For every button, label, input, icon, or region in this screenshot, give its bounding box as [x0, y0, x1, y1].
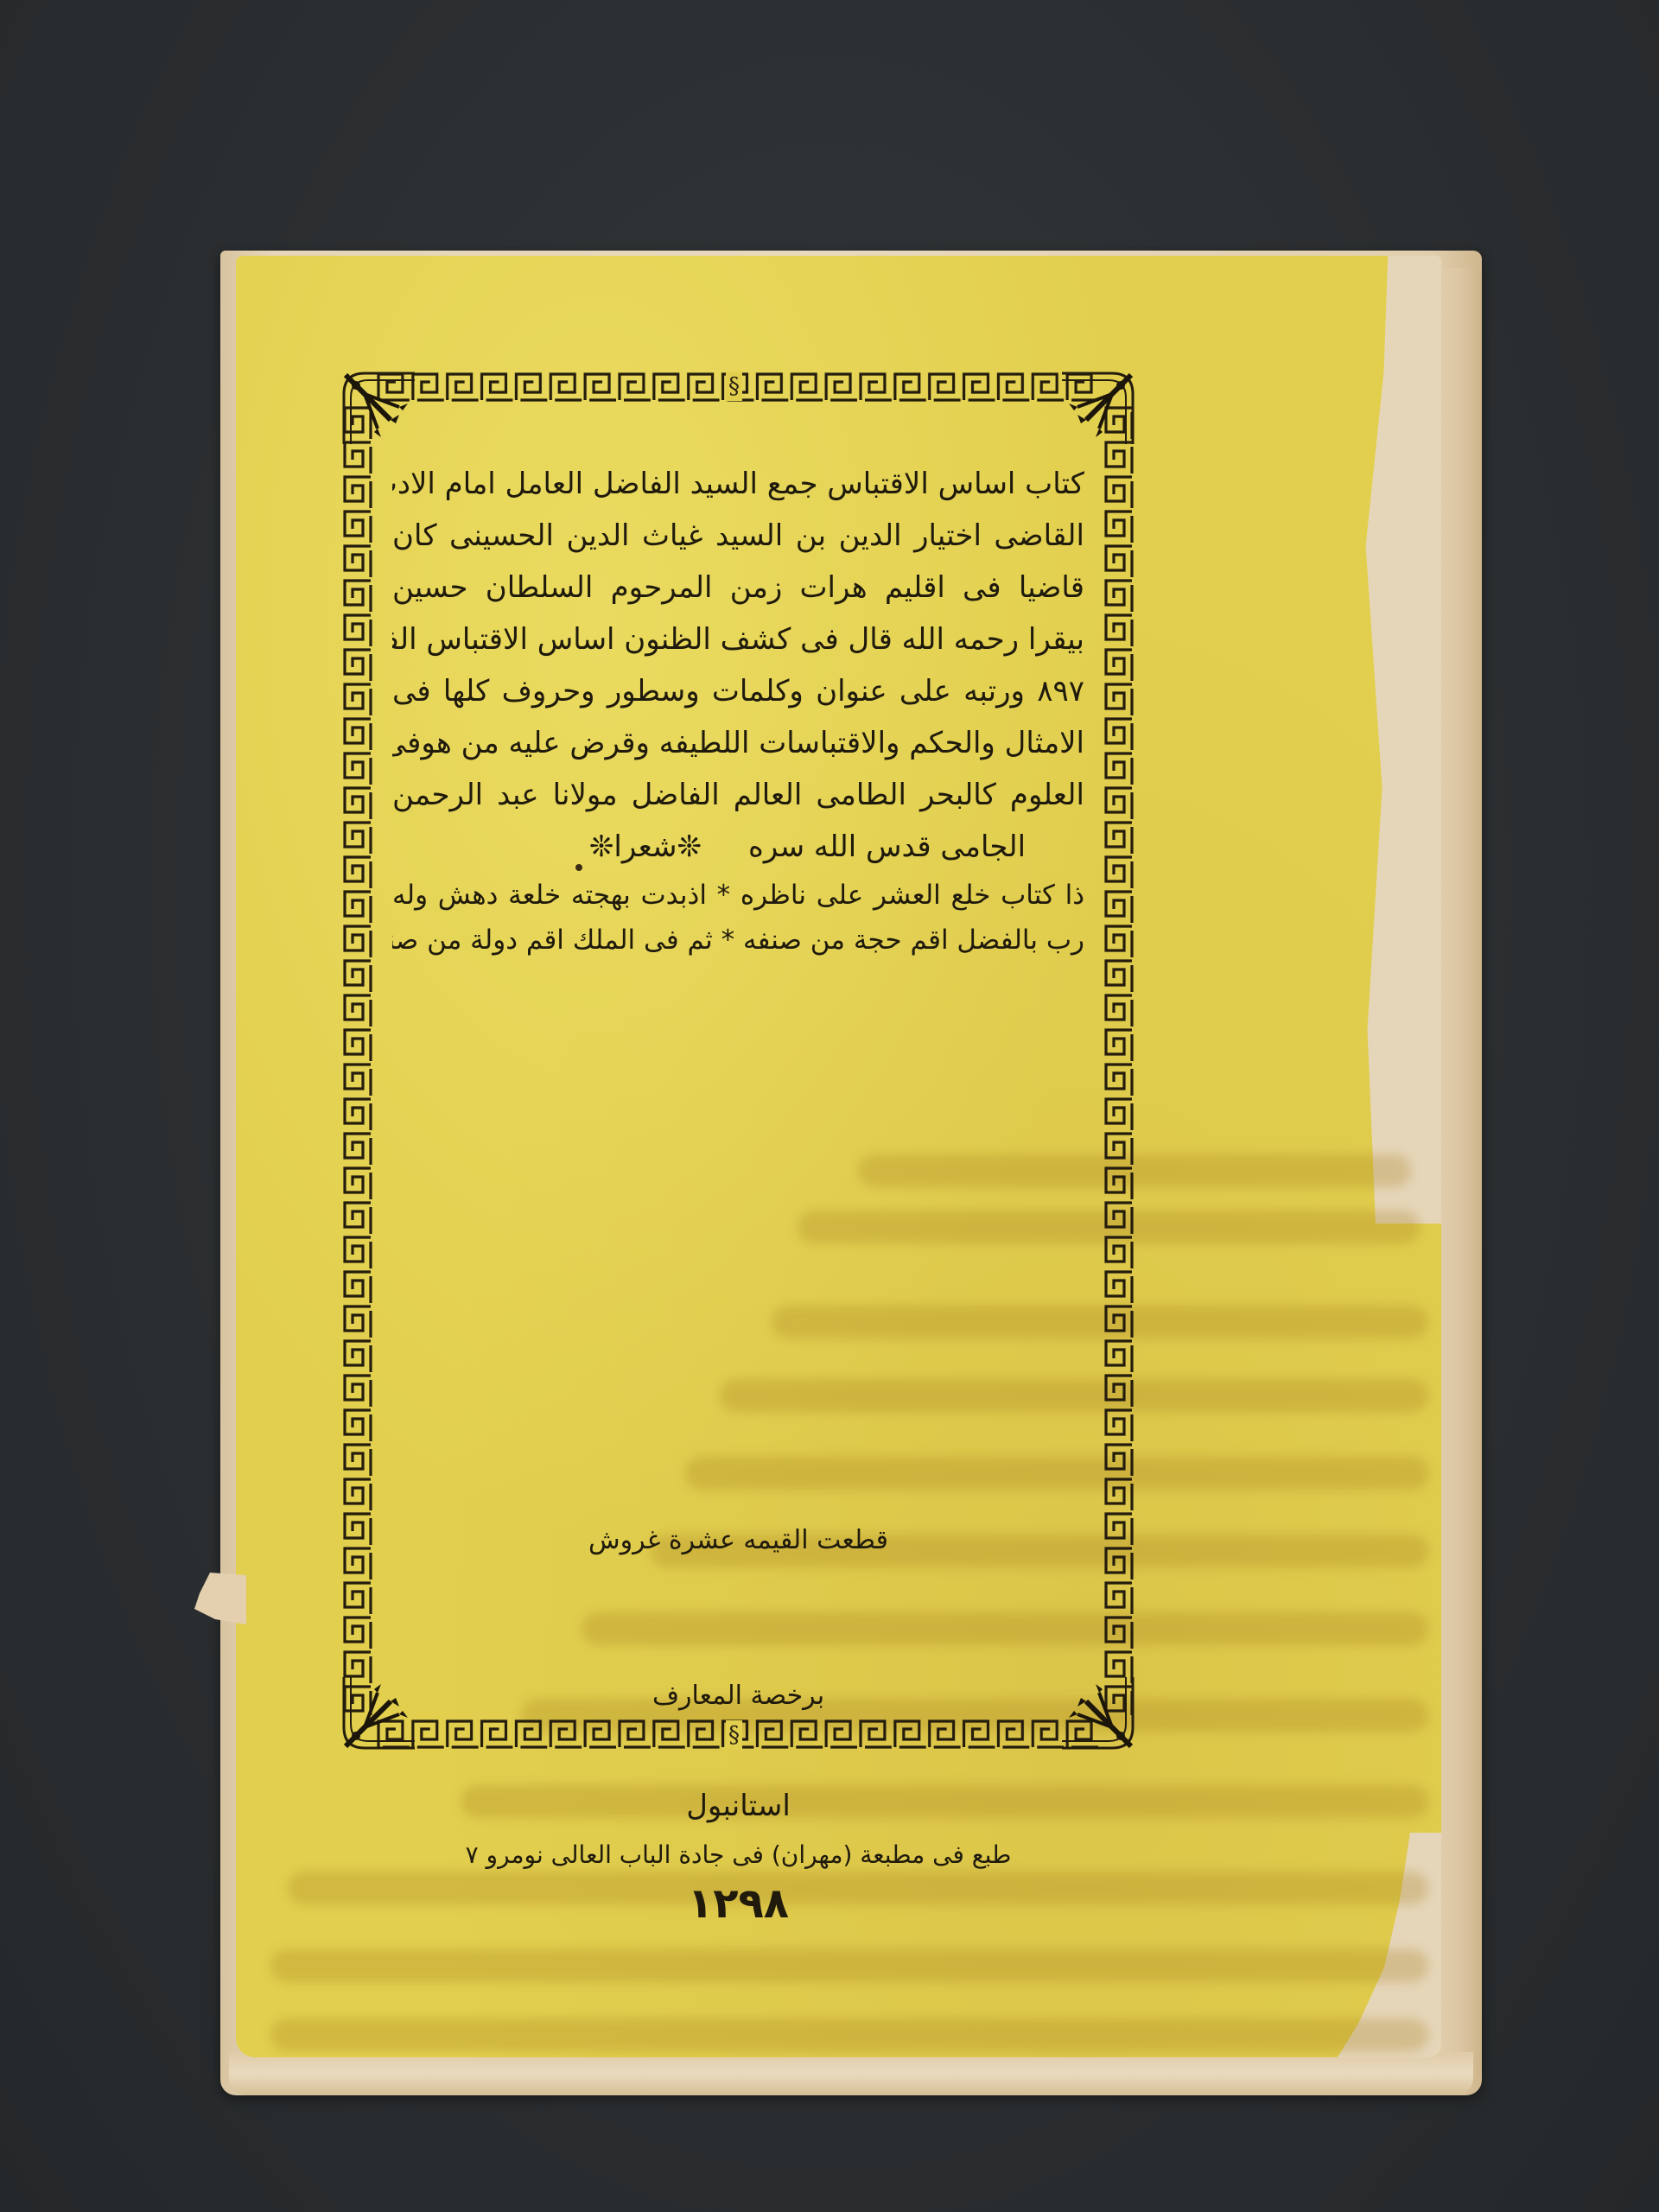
title-line: كتاب اساس الاقتباس جمع السيد الفاضل العا… [392, 458, 1084, 510]
book-cover: § § [236, 256, 1441, 2057]
license-line: برخصة المعارف [342, 1681, 1135, 1711]
verse-line: رب بالفضل اقم حجة من صنفه * ثم فى الملك … [392, 918, 1084, 963]
title-line-last: الجامى قدس الله سره ❊شعرا❊ [392, 821, 1084, 873]
water-stain [270, 1949, 1428, 1982]
title-line: قاضيا فى اقليم هرات زمن المرحوم السلطان … [392, 562, 1084, 613]
torn-spine-fragment [194, 1573, 246, 1624]
year-line: ١٢٩٨ [342, 1879, 1135, 1928]
ornamental-frame: § § [342, 372, 1135, 1750]
title-line: العلوم كالبحر الطامى العالم الفاضل مولان… [392, 769, 1084, 821]
title-line: بيقرا رحمه الله قال فى كشف الظنون اساس ا… [392, 613, 1084, 665]
poem-marker: ❊شعرا❊ [589, 829, 702, 864]
page-edge-bottom [229, 2052, 1473, 2095]
water-stain [270, 2018, 1428, 2051]
section-mark-top: § [726, 372, 742, 401]
book: § § [220, 251, 1482, 2095]
title-line: الامثال والحكم والاقتباسات اللطيفه وقرض … [392, 717, 1084, 769]
title-block: كتاب اساس الاقتباس جمع السيد الفاضل العا… [392, 458, 1084, 963]
city-line: استانبول [342, 1789, 1135, 1823]
torn-cover-edge [1359, 256, 1441, 1224]
ink-speck [575, 864, 582, 871]
fleuron-corner-icon [1060, 368, 1138, 446]
section-mark-bottom: § [726, 1720, 742, 1750]
verse-line: ذا كتاب خلع العشر على ناظره * اذبدت بهجت… [392, 873, 1084, 918]
price-line: قطعت القيمه عشرة غروش [342, 1525, 1135, 1555]
title-line: ٨٩٧ ورتبه على عنوان وكلمات وسطور وحروف ك… [392, 665, 1084, 717]
title-line-text: الجامى قدس الله سره [748, 829, 1026, 864]
greek-key-border-left [342, 406, 373, 1715]
greek-key-border-right [1103, 406, 1135, 1715]
fleuron-corner-icon [339, 368, 416, 446]
title-line: القاضى اختيار الدين بن السيد غياث الدين … [392, 510, 1084, 562]
printer-line: طبع فى مطبعة (مهران) فى جادة الباب العال… [342, 1840, 1135, 1869]
